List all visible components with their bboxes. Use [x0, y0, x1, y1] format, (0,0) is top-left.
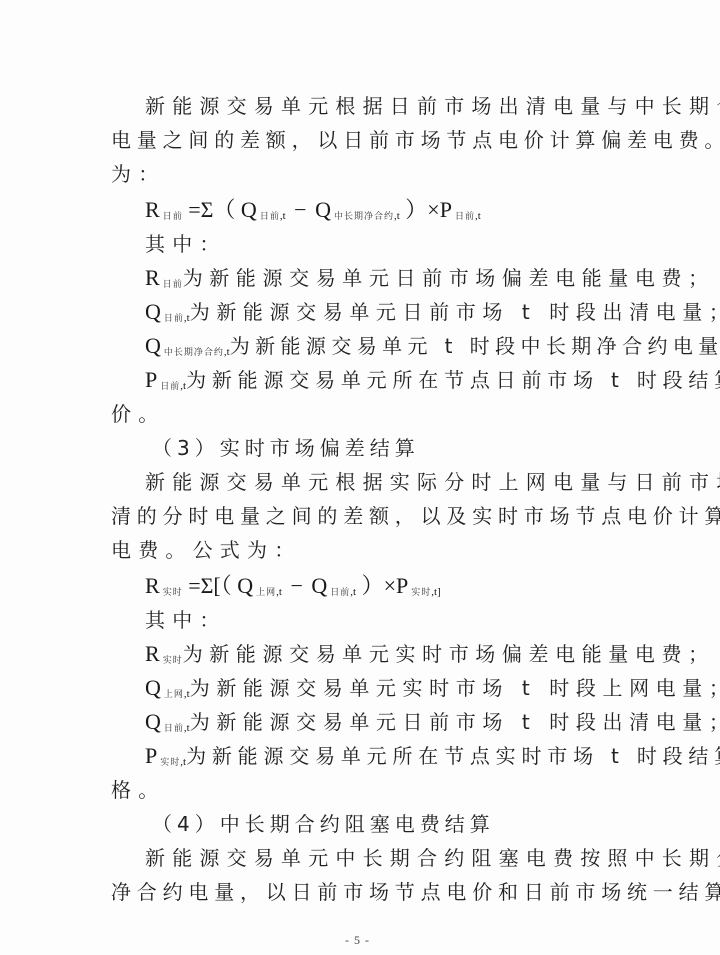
paragraph-line: 电量之间的差额，以日前市场节点电价计算偏差电费。公式: [111, 123, 611, 157]
formula-operator: ）×: [405, 197, 439, 222]
def-text: 为新能源交易单元日前市场 t 时段出清电量；: [190, 300, 720, 324]
formula-subscript: 实时: [411, 588, 431, 598]
formula-subscript-t: ,t: [280, 210, 286, 222]
def-text: 为新能源交易单元日前市场 t 时段出清电量；: [190, 710, 720, 734]
formula-subscript: 日前: [330, 588, 350, 598]
def-text: 为新能源交易单元实时市场 t 时段上网电量；: [190, 676, 720, 700]
formula-subscript-t: ,t: [350, 586, 356, 598]
document-page: 新能源交易单元根据日前市场出清电量与中长期合约 电量之间的差额，以日前市场节点电…: [0, 0, 720, 955]
section-heading-4: （4）中长期合约阻塞电费结算: [152, 807, 495, 841]
definition-line: P日前,t为新能源交易单元所在节点日前市场 t 时段结算电: [145, 363, 720, 397]
page-number: - 5 -: [345, 933, 370, 948]
formula-var: Q: [311, 573, 327, 598]
formula-subscript: 中长期净合约: [334, 212, 394, 222]
formula-subscript: 上网: [256, 588, 276, 598]
formula-subscript: 实时: [163, 588, 183, 598]
def-var: Q: [145, 333, 161, 358]
formula-subscript-t: ,t: [276, 586, 282, 598]
formula-var: Q: [315, 197, 331, 222]
formula-subscript: 日前: [455, 212, 475, 222]
formula-operator: ）×: [362, 573, 396, 598]
formula-subscript-t: ,t: [394, 210, 400, 222]
formula-operator: =Σ[（: [188, 573, 232, 598]
def-text: 为新能源交易单元所在节点实时市场 t 时段结算价: [186, 744, 720, 768]
def-var: P: [145, 743, 157, 768]
paragraph-line: 新能源交易单元中长期合约阻塞电费按照中长期分时: [145, 841, 645, 875]
def-text: 为新能源交易单元实时市场偏差电能量电费；: [183, 642, 715, 666]
where-label: 其中：: [145, 603, 645, 637]
formula-operator: −: [294, 197, 306, 222]
formula-var: R: [145, 573, 160, 598]
def-var: Q: [145, 299, 161, 324]
def-var: Q: [145, 709, 161, 734]
definition-line: Q日前,t为新能源交易单元日前市场 t 时段出清电量；: [145, 295, 720, 329]
def-subscript: 中长期净合约: [164, 348, 224, 358]
def-subscript: 实时: [163, 656, 183, 666]
definition-line: P实时,t为新能源交易单元所在节点实时市场 t 时段结算价: [145, 739, 720, 773]
def-subscript: 日前: [164, 314, 184, 324]
paragraph-line: 新能源交易单元根据日前市场出清电量与中长期合约: [145, 89, 645, 123]
def-text: 为新能源交易单元所在节点日前市场 t 时段结算电: [186, 368, 720, 392]
definition-line: R日前为新能源交易单元日前市场偏差电能量电费；: [145, 261, 715, 295]
def-subscript: 日前: [164, 724, 184, 734]
where-label: 其中：: [145, 227, 645, 261]
formula-subscript-t: ,t: [475, 210, 481, 222]
formula-real-time: R实时 =Σ[（ Q上网,t − Q日前,t ）×P实时,t]: [145, 569, 441, 603]
def-subscript: 日前: [160, 382, 180, 392]
def-subscript: 实时: [160, 758, 180, 768]
def-var: P: [145, 367, 157, 392]
def-subscript: 日前: [163, 280, 183, 290]
formula-operator: −: [290, 573, 302, 598]
formula-var: Q: [241, 197, 257, 222]
formula-day-ahead: R日前 =Σ（ Q日前,t − Q中长期净合约,t ）×P日前,t: [145, 193, 481, 227]
def-subscript: 上网: [164, 690, 184, 700]
paragraph-line: 清的分时电量之间的差额，以及实时市场节点电价计算偏差: [111, 499, 611, 533]
formula-subscript-t: ,t]: [431, 586, 440, 598]
paragraph-line: 为：: [111, 157, 611, 191]
formula-subscript: 日前: [260, 212, 280, 222]
definition-line: Q上网,t为新能源交易单元实时市场 t 时段上网电量；: [145, 671, 720, 705]
formula-operator: =Σ（: [188, 197, 235, 222]
paragraph-line: 新能源交易单元根据实际分时上网电量与日前市场出: [145, 465, 645, 499]
paragraph-line: 电费。公式为：: [111, 533, 611, 567]
formula-var: P: [440, 197, 452, 222]
def-text: 为新能源交易单元 t 时段中长期净合约电量；: [230, 334, 720, 358]
definition-line: Q日前,t为新能源交易单元日前市场 t 时段出清电量；: [145, 705, 720, 739]
formula-var: Q: [237, 573, 253, 598]
paragraph-line: 格。: [111, 773, 611, 807]
paragraph-line: 净合约电量，以日前市场节点电价和日前市场统一结算点电: [111, 875, 611, 909]
section-heading-3: （3）实时市场偏差结算: [152, 431, 420, 465]
def-var: Q: [145, 675, 161, 700]
def-var: R: [145, 641, 160, 666]
formula-subscript: 日前: [163, 212, 183, 222]
formula-var: R: [145, 197, 160, 222]
def-var: R: [145, 265, 160, 290]
definition-line: Q中长期净合约,t为新能源交易单元 t 时段中长期净合约电量；: [145, 329, 720, 363]
formula-var: P: [396, 573, 408, 598]
paragraph-line: 价。: [111, 397, 611, 431]
definition-line: R实时为新能源交易单元实时市场偏差电能量电费；: [145, 637, 715, 671]
def-text: 为新能源交易单元日前市场偏差电能量电费；: [183, 266, 715, 290]
